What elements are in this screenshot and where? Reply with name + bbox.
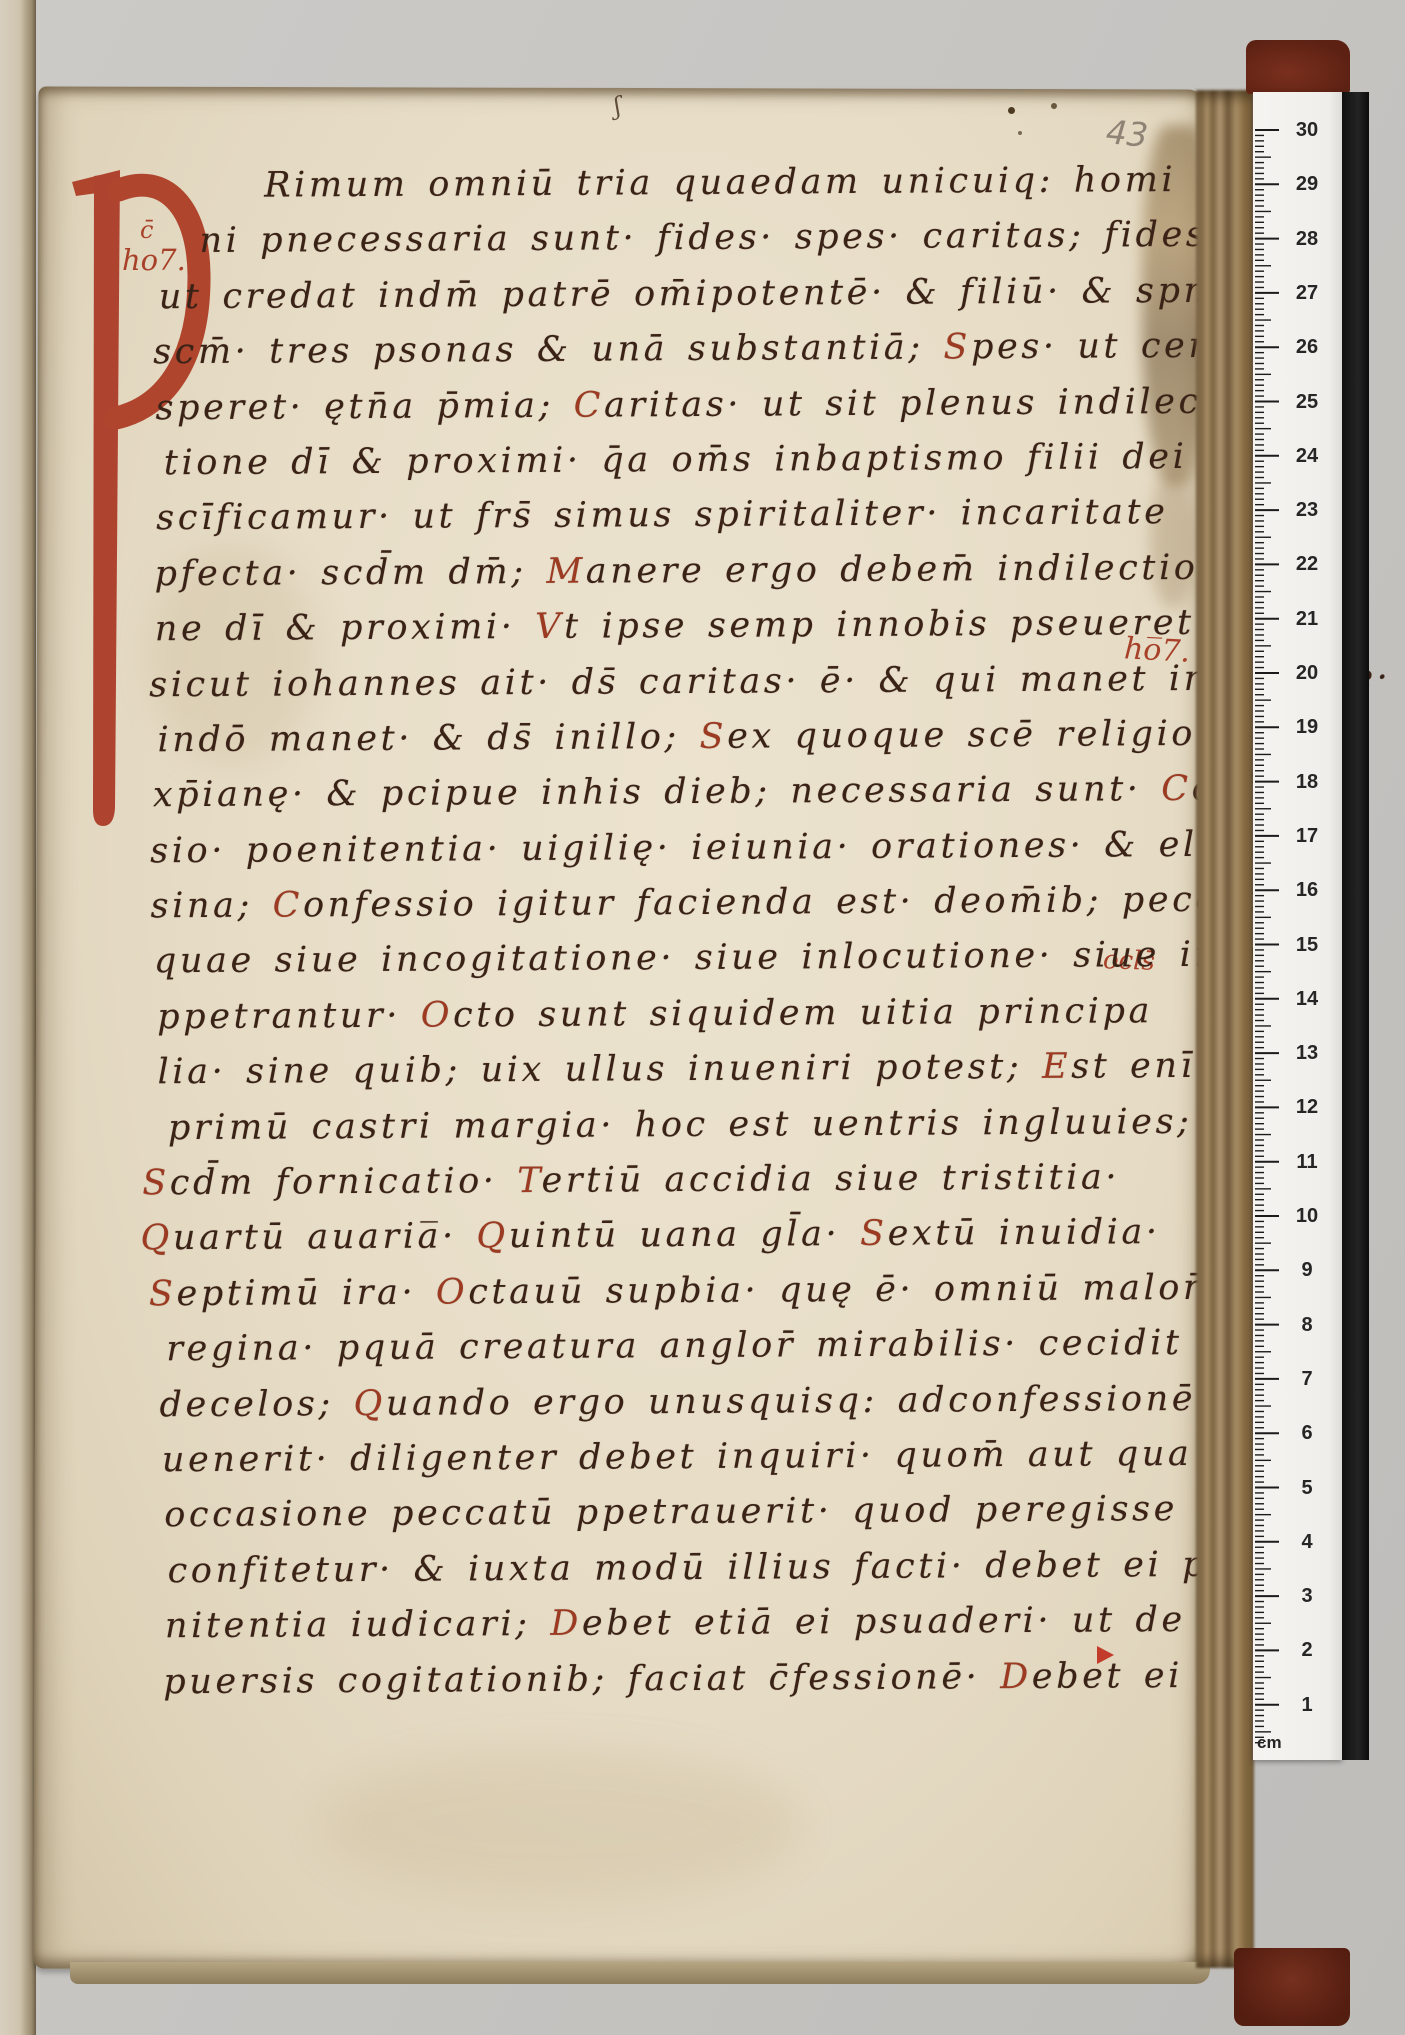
text-line: quae siue incogitatione· siue inlocution… <box>41 928 1201 990</box>
text-segment: scm̄· tres psonas & unā substantiā; <box>153 328 944 373</box>
ruler-number: 26 <box>1283 336 1331 359</box>
text-line: puersis cogitationib; faciat c̄fessionē·… <box>45 1648 1205 1710</box>
text-line: regina· pquā creatura anglor̄ mirabilis·… <box>43 1316 1203 1378</box>
text-line: Rimum omniū tria quaedam unicuiq: homi <box>36 153 1196 215</box>
text-segment: nitentia iudicari; <box>165 1604 551 1646</box>
rubricated-capital: V <box>535 607 564 647</box>
ruler-number: 13 <box>1283 1042 1331 1065</box>
text-line: occasione peccatū ppetrauerit· quod pere… <box>44 1482 1204 1544</box>
text-line: Septimū ira· Octauū supbia· quę ē· omniū… <box>43 1261 1203 1323</box>
text-line: Quartū auaria̅· Quintū uana gl̄a· Sextū … <box>42 1205 1202 1267</box>
ruler-number: 9 <box>1283 1259 1331 1282</box>
text-segment: cto sunt siquidem uitia principa <box>453 991 1153 1035</box>
text-line: Scd̄m fornicatio· Tertiū accidia siue tr… <box>42 1150 1202 1212</box>
text-line: pfecta· scd̄m dm̄; Manere ergo debem̄ in… <box>38 541 1198 603</box>
ruler-number: 11 <box>1283 1151 1331 1174</box>
ruler-number: 19 <box>1283 716 1331 739</box>
ruler-number: 18 <box>1283 771 1331 794</box>
ruler-number: 30 <box>1283 119 1331 142</box>
rubricated-capital: S <box>142 1163 170 1203</box>
text-line: lia· sine quib; uix ullus inueniri potes… <box>41 1039 1201 1101</box>
text-line: ppetrantur· Octo sunt siquidem uitia pri… <box>41 984 1201 1046</box>
ruler-number: 5 <box>1283 1477 1331 1500</box>
ruler-number: 25 <box>1283 391 1331 414</box>
text-segment: occasione peccatū ppetrauerit· quod pere… <box>164 1489 1244 1536</box>
rubricated-capital: T <box>517 1161 541 1201</box>
folio-number: 43 <box>1104 112 1149 155</box>
text-segment: ut credat indm̄ patrē om̄ipotentē· & fil… <box>159 271 1221 317</box>
text-segment: eptimū ira· <box>176 1272 436 1314</box>
text-segment: quae siue incogitatione· siue inlocution… <box>154 935 1296 982</box>
ruler-number: 4 <box>1283 1531 1331 1554</box>
text-segment: ebet etiā ei psuaderi· ut de <box>582 1600 1186 1644</box>
ruler-number: 10 <box>1283 1205 1331 1228</box>
text-line: sina; Confessio igitur facienda est· deo… <box>40 873 1200 935</box>
ink-speck <box>1018 131 1022 135</box>
rubricated-capital: C <box>1161 769 1192 809</box>
text-line: nitentia iudicari; Debet etiā ei psuader… <box>45 1593 1205 1655</box>
text-segment: pfecta· scd̄m dm̄; <box>154 552 546 594</box>
ink-speck <box>1008 107 1015 114</box>
text-segment: ctauū supbia· quę ē· omniū malor̄ <box>468 1268 1203 1312</box>
rubricated-capital: M <box>546 551 586 591</box>
rubricated-capital: D <box>550 1604 582 1644</box>
text-segment: primū castri margia· hoc est uentris ing… <box>168 1102 1193 1148</box>
binding-leather-top <box>1246 40 1350 94</box>
text-segment: ex quoque scē religioni <box>727 714 1237 757</box>
ruler-number: 8 <box>1283 1314 1331 1337</box>
text-segment: uintū uana gl̄a· <box>509 1214 861 1256</box>
text-line: uenerit· diligenter debet inquiri· quom̄… <box>44 1427 1204 1489</box>
ruler-number: 15 <box>1283 934 1331 957</box>
text-line: indō manet· & ds̄ inillo; Sex quoque scē… <box>39 707 1199 769</box>
rubricated-capital: S <box>699 717 727 757</box>
ruler-number: 16 <box>1283 879 1331 902</box>
text-segment: aritas· ut sit plenus indilec- <box>604 381 1217 425</box>
text-segment: cd̄m fornicatio· <box>170 1161 518 1203</box>
text-segment: regina· pquā creatura anglor̄ mirabilis·… <box>166 1323 1183 1369</box>
red-pointer-mark <box>1097 1646 1114 1664</box>
rubricated-capital: O <box>421 995 454 1035</box>
rubricated-capital: Q <box>353 1383 386 1423</box>
binding-leather-bottom <box>1234 1948 1350 2026</box>
facing-page-edge <box>0 0 36 2035</box>
text-segment: ni pnecessaria sunt· fides· spes· carita… <box>199 215 1222 261</box>
text-segment: uando ergo unusquisq: adconfessionē <box>386 1379 1196 1424</box>
ruler-number: 27 <box>1283 282 1331 305</box>
rubricated-capital: O <box>436 1272 469 1312</box>
rubricated-capital: D <box>1000 1656 1032 1696</box>
text-segment: tione dī & proximi· q̄a om̄s inbaptismo … <box>164 437 1188 483</box>
text-line: scīficamur· ut frs̄ simus spiritaliter· … <box>38 485 1198 547</box>
rubricated-capital: S <box>943 327 971 367</box>
text-segment: st enī <box>1071 1046 1195 1087</box>
text-segment: uartū auaria̅· <box>173 1217 477 1259</box>
text-segment: xp̄ianę· & pcipue inhis dieb; necessaria… <box>153 769 1162 815</box>
ruler-number: 22 <box>1283 553 1331 576</box>
rubricated-capital: Q <box>140 1219 173 1259</box>
text-segment: decelos; <box>159 1384 353 1425</box>
text-segment: ne dī & proximi· <box>155 607 536 649</box>
text-line: speret· ętn̄a p̄mia; Caritas· ut sit ple… <box>37 374 1197 436</box>
text-line: ut credat indm̄ patrē om̄ipotentē· & fil… <box>37 264 1197 326</box>
text-line: sio· poenitentia· uigilię· ieiunia· orat… <box>40 818 1200 880</box>
book-fore-edge <box>1196 90 1254 1968</box>
text-segment: lia· sine quib; uix ullus inueniri potes… <box>157 1047 1042 1092</box>
manuscript-photo: { "photo": { "folio_number": "43", "init… <box>0 0 1405 2035</box>
ruler-number: 21 <box>1283 608 1331 631</box>
text-line: tione dī & proximi· q̄a om̄s inbaptismo … <box>38 430 1198 492</box>
ink-speck <box>1051 103 1057 109</box>
ruler-number: 12 <box>1283 1096 1331 1119</box>
text-line: confitetur· & iuxta modū illius facti· d… <box>44 1538 1204 1600</box>
text-segment: anere ergo debem̄ indilectio <box>586 548 1199 592</box>
ruler-number: 6 <box>1283 1422 1331 1445</box>
ruler-number: 23 <box>1283 499 1331 522</box>
text-segment: speret· ętn̄a p̄mia; <box>155 385 573 428</box>
text-segment: uenerit· diligenter debet inquiri· quom̄… <box>162 1434 1193 1480</box>
text-segment: extū inuidia· <box>888 1213 1161 1255</box>
measuring-ruler: cm 3029282726252423222120191817161514131… <box>1253 92 1342 1760</box>
text-segment: puersis cogitationib; faciat c̄fessionē· <box>163 1657 1000 1702</box>
text-segment: confitetur· & iuxta modū illius facti· d… <box>167 1544 1272 1591</box>
text-line: primū castri margia· hoc est uentris ing… <box>42 1095 1202 1157</box>
ruler-number: 14 <box>1283 988 1331 1011</box>
text-segment: indō manet· & ds̄ inillo; <box>157 717 699 760</box>
rubricated-capital: E <box>1042 1047 1071 1087</box>
ruler-number: 17 <box>1283 825 1331 848</box>
text-line: ne dī & proximi· Vt ipse semp innobis ps… <box>39 596 1199 658</box>
rubricated-capital: S <box>149 1274 177 1314</box>
ruler-unit-label: cm <box>1257 1733 1282 1753</box>
text-line: scm̄· tres psonas & unā substantiā; Spes… <box>37 319 1197 381</box>
ruler-number: 29 <box>1283 173 1331 196</box>
rubricated-capital: C <box>273 885 304 925</box>
text-line: ni pnecessaria sunt· fides· spes· carita… <box>36 208 1196 270</box>
ruler-number: 20 <box>1283 662 1331 685</box>
text-segment: scīficamur· ut frs̄ simus spiritaliter· … <box>156 492 1169 538</box>
rubricated-capital: Q <box>476 1217 509 1257</box>
ruler-number: 2 <box>1283 1639 1331 1662</box>
text-segment: ertiū accidia siue tristitia· <box>541 1157 1120 1201</box>
text-line: decelos; Quando ergo unusquisq: adconfes… <box>43 1371 1203 1433</box>
ruler-black-band <box>1342 92 1369 1760</box>
underlying-page-edge <box>70 1962 1210 1984</box>
ruler-number: 24 <box>1283 445 1331 468</box>
rubricated-capital: S <box>860 1214 888 1254</box>
text-segment: sio· poenitentia· uigilię· ieiunia· orat… <box>150 824 1284 871</box>
rubricated-capital: C <box>574 385 605 425</box>
text-segment: onfessio igitur facienda est· deom̄ib; p… <box>303 879 1312 925</box>
text-line: sicut iohannes ait· ds̄ caritas· ē· & qu… <box>39 651 1199 713</box>
text-segment: Rimum omniū tria quaedam unicuiq: homi <box>264 160 1176 206</box>
text-line: xp̄ianę· & pcipue inhis dieb; necessaria… <box>40 762 1200 824</box>
text-segment: ppetrantur· <box>157 996 421 1038</box>
ruler-number: 28 <box>1283 228 1331 251</box>
ruler-number: 3 <box>1283 1585 1331 1608</box>
text-segment: sina; <box>150 886 272 927</box>
ruler-number: 7 <box>1283 1368 1331 1391</box>
manuscript-text-block: Rimum omniū tria quaedam unicuiq: homini… <box>36 153 1205 1711</box>
ruler-number: 1 <box>1283 1694 1331 1717</box>
